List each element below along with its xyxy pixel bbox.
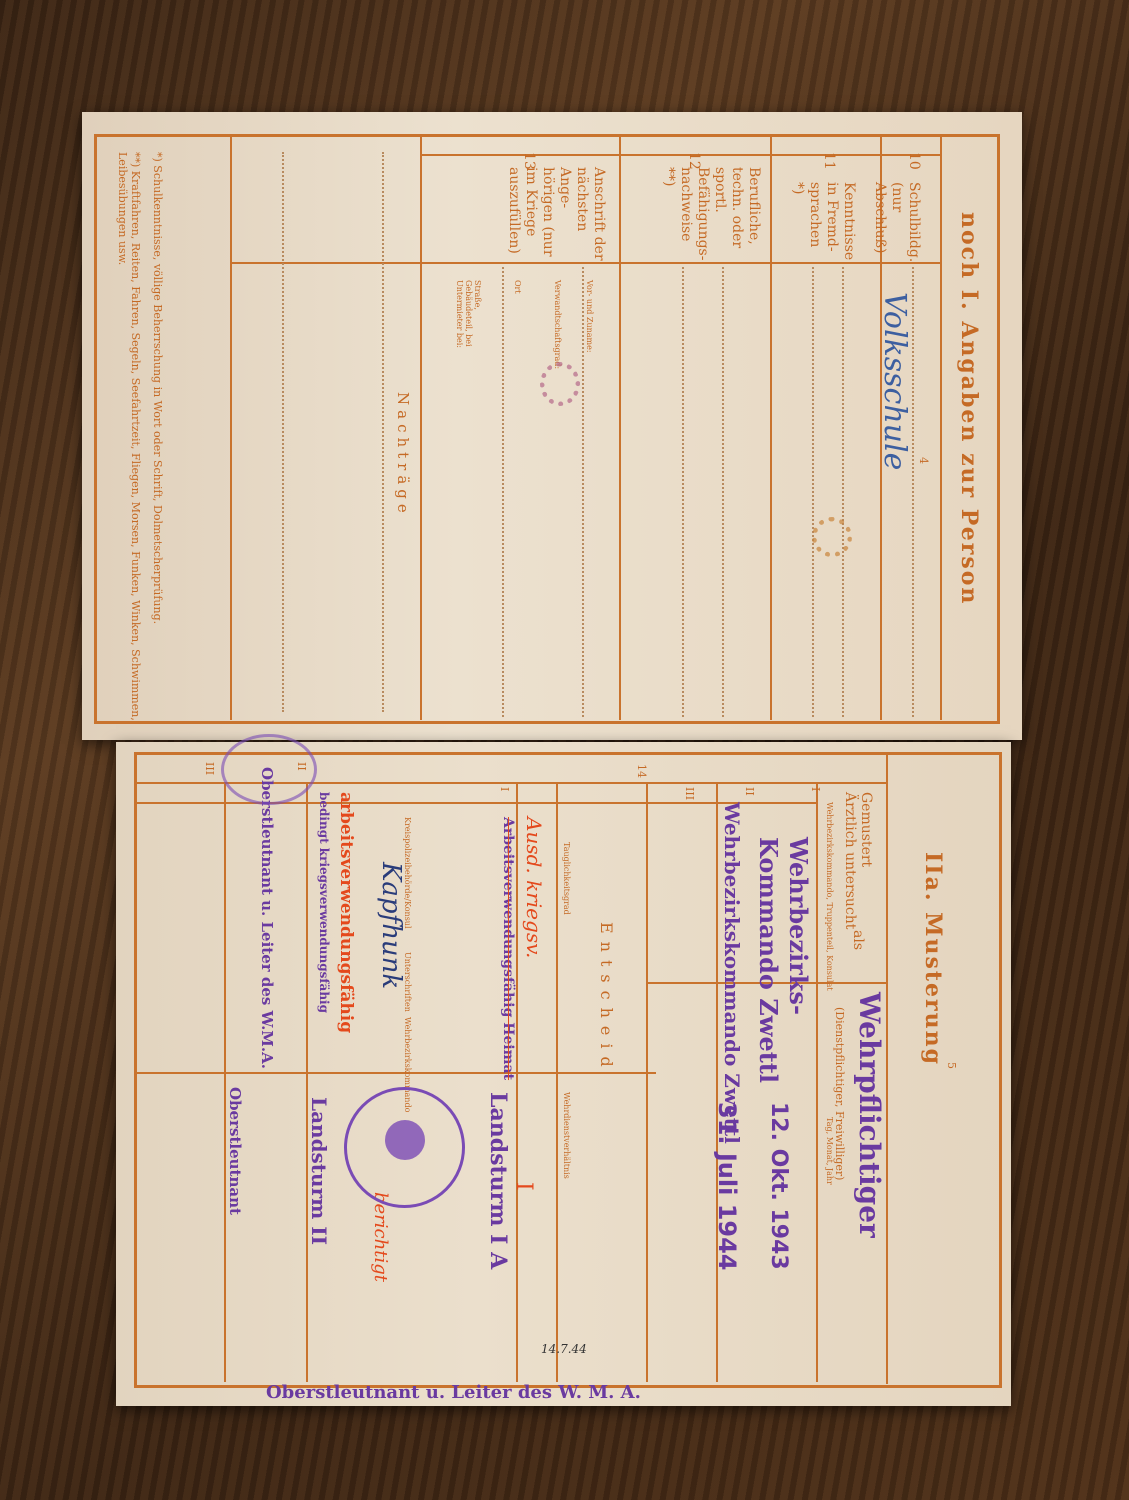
entry-date: 31. Juli 1944	[713, 1102, 741, 1271]
nachtraege-label: Nachträge	[394, 392, 412, 518]
dotted-line	[282, 152, 284, 712]
ink-stain	[540, 362, 580, 406]
column-line	[516, 782, 518, 1382]
entry-roman: III	[683, 787, 696, 800]
subfield-name: Vor- und Zuname:	[585, 280, 594, 353]
tauglichkeit-sub: bedingt kriegsverwendungsfähig	[317, 792, 331, 1013]
column-line	[230, 136, 232, 720]
als-label: als	[849, 930, 866, 950]
label-row-divider	[230, 262, 942, 264]
title-divider	[940, 136, 942, 720]
tauglichkeit-correction: Ausd. kriegsv.	[522, 817, 546, 958]
footnote-1: *) Schulkenntnisse, völlige Beherrschung…	[151, 152, 164, 712]
number-row-divider	[420, 154, 942, 156]
page-number: 4	[917, 457, 930, 464]
column-line	[306, 782, 308, 1382]
section-title: IIa. Musterung	[920, 852, 946, 1066]
entry-command: Wehrbezirkskommando Zwettl	[720, 802, 744, 1144]
page-number: 5	[945, 1062, 958, 1069]
entry-roman: I	[809, 787, 822, 791]
wehrmeldeamt-stamp	[344, 1087, 465, 1208]
tauglichkeit-struck: Arbeitsverwendungsfähig Heimat	[500, 817, 516, 1080]
column-line	[420, 136, 422, 720]
column-line	[224, 782, 226, 1382]
row-number: 10	[905, 152, 922, 170]
eagle-emblem-icon	[385, 1120, 425, 1160]
col-tauglichkeit: Tauglichkeitsgrad	[562, 842, 571, 915]
col-command: Wehrbezirkskommando, Truppenteil, Konsul…	[825, 802, 834, 991]
col-wehrdienst: Wehrdienstverhältnis	[562, 1092, 571, 1179]
dotted-line	[722, 267, 724, 717]
signer-title: Oberstleutnant	[226, 1087, 244, 1215]
entscheid-title: Entscheid	[597, 922, 616, 1075]
wehrdienst-correction: I	[511, 1182, 536, 1191]
column-line	[716, 782, 718, 1382]
page-5: IIa. Musterung 5 Gemustert Ärztlich unte…	[116, 742, 1011, 1406]
footer-stamp: Oberstleutnant u. Leiter des W. M. A.	[266, 1382, 641, 1403]
schulbildung-value: Volksschule	[877, 292, 912, 470]
entscheid-roman: III	[203, 762, 216, 775]
entscheid-roman: I	[498, 787, 511, 791]
row-label: Schulbildg. (nur Abschluß)	[871, 182, 922, 262]
round-stamp-partial	[221, 734, 317, 805]
tauglichkeit-value: arbeitsverwendungsfähig	[336, 792, 356, 1033]
row-number: 11	[820, 152, 837, 170]
row-label: Anschrift der nächsten Ange-hörigen (nur…	[505, 167, 607, 262]
row-label: Berufliche, techn. oder sportl. Befähigu…	[660, 167, 762, 262]
berichtigt-date: 14.7.44	[541, 1342, 587, 1356]
entscheid-number: 14	[635, 764, 648, 778]
subheader-row-divider	[136, 802, 816, 804]
column-line	[619, 136, 621, 720]
rust-stain	[812, 517, 852, 557]
row-label: Kenntnisse in Fremd-sprachen *)	[789, 182, 857, 262]
aerztlich-label: Ärztlich untersucht	[841, 792, 858, 929]
gemustert-label: Gemustert	[857, 792, 874, 867]
column-line	[556, 782, 558, 1382]
title-divider	[886, 754, 888, 1384]
col-date: Tag, Monat, Jahr	[825, 1117, 834, 1185]
entry-date: 12. Okt. 1943	[766, 1102, 791, 1270]
column-line	[770, 136, 772, 720]
column-line	[646, 782, 648, 1382]
dotted-line	[812, 267, 814, 717]
dotted-line	[582, 267, 584, 717]
page-4: noch I. Angaben zur Person 4 10 Schulbil…	[82, 112, 1022, 740]
subfield-relation: Verwandtschaftsgrad:	[553, 280, 562, 369]
column-line	[816, 782, 818, 1382]
wehrdienst-value: Landsturm I A	[485, 1092, 511, 1269]
entry-roman: II	[743, 787, 756, 796]
grid-line	[136, 1072, 656, 1074]
wehrdienst-value: Landsturm II	[307, 1097, 331, 1245]
section-title: noch I. Angaben zur Person	[956, 212, 982, 605]
signature: Kapfhunk	[376, 862, 406, 989]
footnote-2: **) Kraftfahren, Reiten, Fahren, Segeln,…	[116, 152, 142, 732]
subfield-place: Ort	[513, 280, 522, 294]
subfield-street: Straße, Gebäudeteil, bei Untermieter bei…	[455, 280, 482, 350]
status-stamp: Wehrpflichtiger	[853, 992, 886, 1238]
dotted-line	[912, 267, 914, 717]
entry-command: Wehrbezirks-Kommando Zwettl	[753, 837, 813, 1087]
dotted-line	[502, 267, 504, 717]
dotted-line	[382, 152, 384, 712]
status-hint: (Dienstpflichtiger, Freiwilliger)	[833, 1007, 846, 1180]
signer-title: Oberstleutnant u. Leiter des W.M.A.	[258, 767, 276, 1069]
dotted-line	[842, 267, 844, 717]
dotted-line	[682, 267, 684, 717]
